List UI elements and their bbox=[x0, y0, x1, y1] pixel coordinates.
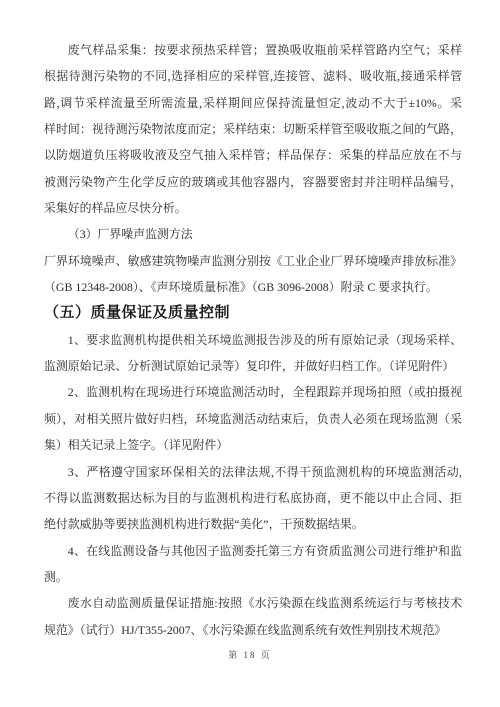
paragraph-line: 被测污染物产生化学反应的玻璃或其他容器内，容器要密封并注明样品编号， bbox=[44, 169, 462, 195]
document-body: 废气样品采集：按要求预热采样管；置换吸收瓶前采样管路内空气；采样根据待测污染物的… bbox=[44, 37, 462, 643]
paragraph-line: 绝付款威胁等要挟监测机构进行数据“美化”，干预数据结果。 bbox=[44, 511, 462, 537]
paragraph-line: 不得以监测数据达标为目的与监测机构进行私底协商，更不能以中止合同、拒 bbox=[44, 485, 462, 511]
paragraph-line: 厂界环境噪声、敏感建筑物噪声监测分别按《工业企业厂界环境噪声排放标准》 bbox=[44, 248, 462, 274]
paragraph-line: 频），对相关照片做好归档，环境监测活动结束后，负责人必须在现场监测（采 bbox=[44, 406, 462, 432]
paragraph-line: 采集好的样品应尽快分析。 bbox=[44, 195, 462, 221]
paragraph-line: 以防烟道负压将吸收液及空气抽入采样管；样品保存：采集的样品应放在不与 bbox=[44, 142, 462, 168]
document-page: 废气样品采集：按要求预热采样管；置换吸收瓶前采样管路内空气；采样根据待测污染物的… bbox=[0, 0, 500, 707]
paragraph-line: 3、严格遵守国家环保相关的法律法规,不得干预监测机构的环境监测活动, bbox=[44, 459, 462, 485]
paragraph-line: 根据待测污染物的不同,选择相应的采样管,连接管、滤料、吸收瓶,接通采样管 bbox=[44, 63, 462, 89]
section-heading: （五）质量保证及质量控制 bbox=[44, 300, 462, 326]
paragraph-line: 测。 bbox=[44, 564, 462, 590]
paragraph-line: 4、在线监测设备与其他因子监测委托第三方有资质监测公司进行维护和监 bbox=[44, 538, 462, 564]
paragraph-line: （3）厂界噪声监测方法 bbox=[44, 221, 462, 247]
paragraph-line: 样时间：视待测污染物浓度而定；采样结束：切断采样管至吸收瓶之间的气路， bbox=[44, 116, 462, 142]
paragraph-line: 废气样品采集：按要求预热采样管；置换吸收瓶前采样管路内空气；采样 bbox=[44, 37, 462, 63]
paragraph-line: 1、要求监测机构提供相关环境监测报告涉及的所有原始记录（现场采样、 bbox=[44, 327, 462, 353]
paragraph-line: 2、监测机构在现场进行环境监测活动时，全程跟踪并现场拍照（或拍摄视 bbox=[44, 379, 462, 405]
paragraph-line: 规范》（试行）HJ/T355-2007、《水污染源在线监测系统有效性判别技术规范… bbox=[44, 617, 462, 643]
paragraph-line: （GB 12348-2008）、《声环境质量标准》（GB 3096-2008）附… bbox=[44, 274, 462, 300]
paragraph-line: 路,调节采样流量至所需流量,采样期间应保持流量恒定,波动不大于±10%。采 bbox=[44, 90, 462, 116]
paragraph-line: 废水自动监测质量保证措施:按照《水污染源在线监测系统运行与考核技术 bbox=[44, 590, 462, 616]
paragraph-line: 监测原始记录、分析测试原始记录等）复印件，并做好归档工作。（详见附件） bbox=[44, 353, 462, 379]
page-number: 第 18 页 bbox=[0, 648, 500, 661]
paragraph-line: 集）相关记录上签字。（详见附件） bbox=[44, 432, 462, 458]
